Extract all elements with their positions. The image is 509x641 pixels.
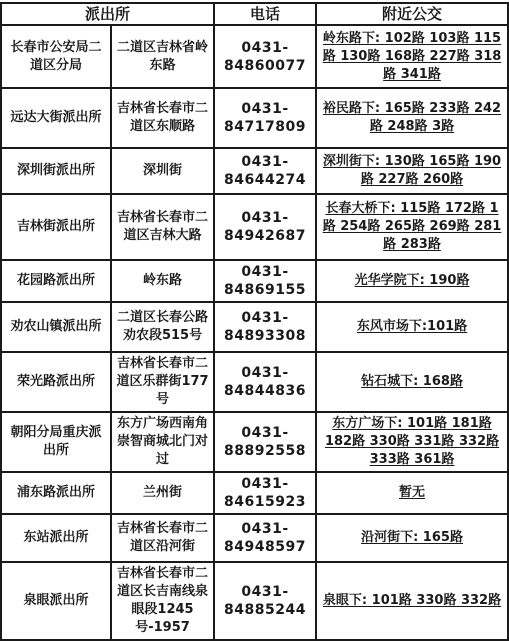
bus-routes-cell: 泉眼下: 101路 330路 332路 (316, 562, 508, 640)
bus-routes-cell: 东风市场下:101路 (316, 302, 508, 352)
table-header: 派出所 电话 附近公交 (1, 3, 508, 25)
bus-routes-text: 光华学院下: 190路 (355, 273, 470, 288)
table-row: 花园路派出所 岭东路 0431-84869155 光华学院下: 190路 (1, 260, 508, 302)
station-name-cell: 东站派出所 (1, 514, 111, 562)
table-row: 泉眼派出所 吉林省长春市二道区长吉南线泉眼段1245号-1957 0431-84… (1, 562, 508, 640)
station-name-cell: 浦东路派出所 (1, 472, 111, 514)
header-station: 派出所 (1, 3, 214, 25)
bus-routes-text: 岭东路下: 102路 103路 115路 130路 168路 227路 318路… (323, 31, 502, 82)
bus-routes-cell: 岭东路下: 102路 103路 115路 130路 168路 227路 318路… (316, 25, 508, 88)
bus-routes-cell: 暂无 (316, 472, 508, 514)
table-row: 东站派出所 吉林省长春市二道区沿河街 0431-84948597 沿河街下: 1… (1, 514, 508, 562)
phone-number-cell: 0431-84942687 (214, 194, 316, 260)
phone-number-cell: 0431-84644274 (214, 148, 316, 194)
table-row: 长春市公安局二道区分局 二道区吉林省岭东路 0431-84860077 岭东路下… (1, 25, 508, 88)
table-row: 浦东路派出所 兰州街 0431-84615923 暂无 (1, 472, 508, 514)
bus-routes-cell: 钻石城下: 168路 (316, 352, 508, 412)
table-body: 长春市公安局二道区分局 二道区吉林省岭东路 0431-84860077 岭东路下… (1, 25, 508, 640)
table-row: 朝阳分局重庆派出所 东方广场西南角崇智商城北门对过 0431-88892558 … (1, 412, 508, 472)
station-address-cell: 二道区长春公路劝农段515号 (111, 302, 214, 352)
station-address-cell: 二道区吉林省岭东路 (111, 25, 214, 88)
station-address-cell: 岭东路 (111, 260, 214, 302)
bus-routes-text: 裕民路下: 165路 233路 242路 248路 3路 (323, 101, 501, 134)
station-address-cell: 吉林省长春市二道区沿河街 (111, 514, 214, 562)
station-address-cell: 吉林省长春市二道区吉林大路 (111, 194, 214, 260)
phone-number-cell: 0431-84860077 (214, 25, 316, 88)
table-row: 深圳街派出所 深圳街 0431-84644274 深圳街下: 130路 165路… (1, 148, 508, 194)
table-row: 吉林街派出所 吉林省长春市二道区吉林大路 0431-84942687 长春大桥下… (1, 194, 508, 260)
phone-number-cell: 0431-84893308 (214, 302, 316, 352)
bus-routes-cell: 沿河街下: 165路 (316, 514, 508, 562)
station-address-cell: 吉林省长春市二道区乐群街177号 (111, 352, 214, 412)
bus-routes-text: 暂无 (399, 485, 425, 500)
table-row: 劝农山镇派出所 二道区长春公路劝农段515号 0431-84893308 东风市… (1, 302, 508, 352)
bus-routes-text: 东方广场下: 101路 181路 182路 330路 331路 332路 333… (325, 416, 499, 467)
station-name-cell: 劝农山镇派出所 (1, 302, 111, 352)
phone-number-cell: 0431-84844836 (214, 352, 316, 412)
station-address-cell: 吉林省长春市二道区长吉南线泉眼段1245号-1957 (111, 562, 214, 640)
station-address-cell: 吉林省长春市二道区东顺路 (111, 88, 214, 148)
bus-routes-text: 泉眼下: 101路 330路 332路 (323, 593, 501, 608)
station-name-cell: 泉眼派出所 (1, 562, 111, 640)
header-phone: 电话 (214, 3, 316, 25)
station-name-cell: 朝阳分局重庆派出所 (1, 412, 111, 472)
station-name-cell: 长春市公安局二道区分局 (1, 25, 111, 88)
bus-routes-cell: 光华学院下: 190路 (316, 260, 508, 302)
phone-number-cell: 0431-84948597 (214, 514, 316, 562)
station-address-cell: 兰州街 (111, 472, 214, 514)
station-name-cell: 深圳街派出所 (1, 148, 111, 194)
phone-number-cell: 0431-84717809 (214, 88, 316, 148)
table-row: 远达大街派出所 吉林省长春市二道区东顺路 0431-84717809 裕民路下:… (1, 88, 508, 148)
station-address-cell: 东方广场西南角崇智商城北门对过 (111, 412, 214, 472)
station-name-cell: 吉林街派出所 (1, 194, 111, 260)
bus-routes-cell: 长春大桥下: 115路 172路 1路 254路 265路 269路 281路 … (316, 194, 508, 260)
phone-number-cell: 0431-84615923 (214, 472, 316, 514)
station-name-cell: 花园路派出所 (1, 260, 111, 302)
police-station-table: 派出所 电话 附近公交 长春市公安局二道区分局 二道区吉林省岭东路 0431-8… (0, 2, 509, 641)
station-address-cell: 深圳街 (111, 148, 214, 194)
bus-routes-text: 长春大桥下: 115路 172路 1路 254路 265路 269路 281路 … (323, 201, 502, 252)
bus-routes-cell: 深圳街下: 130路 165路 190路 227路 260路 (316, 148, 508, 194)
header-row: 派出所 电话 附近公交 (1, 3, 508, 25)
table-row: 荣光路派出所 吉林省长春市二道区乐群街177号 0431-84844836 钻石… (1, 352, 508, 412)
station-name-cell: 荣光路派出所 (1, 352, 111, 412)
bus-routes-cell: 东方广场下: 101路 181路 182路 330路 331路 332路 333… (316, 412, 508, 472)
bus-routes-text: 钻石城下: 168路 (361, 374, 463, 389)
bus-routes-text: 东风市场下:101路 (357, 319, 467, 334)
station-name-cell: 远达大街派出所 (1, 88, 111, 148)
bus-routes-cell: 裕民路下: 165路 233路 242路 248路 3路 (316, 88, 508, 148)
bus-routes-text: 深圳街下: 130路 165路 190路 227路 260路 (323, 154, 501, 187)
phone-number-cell: 0431-88892558 (214, 412, 316, 472)
phone-number-cell: 0431-84885244 (214, 562, 316, 640)
header-bus: 附近公交 (316, 3, 508, 25)
bus-routes-text: 沿河街下: 165路 (361, 530, 463, 545)
phone-number-cell: 0431-84869155 (214, 260, 316, 302)
